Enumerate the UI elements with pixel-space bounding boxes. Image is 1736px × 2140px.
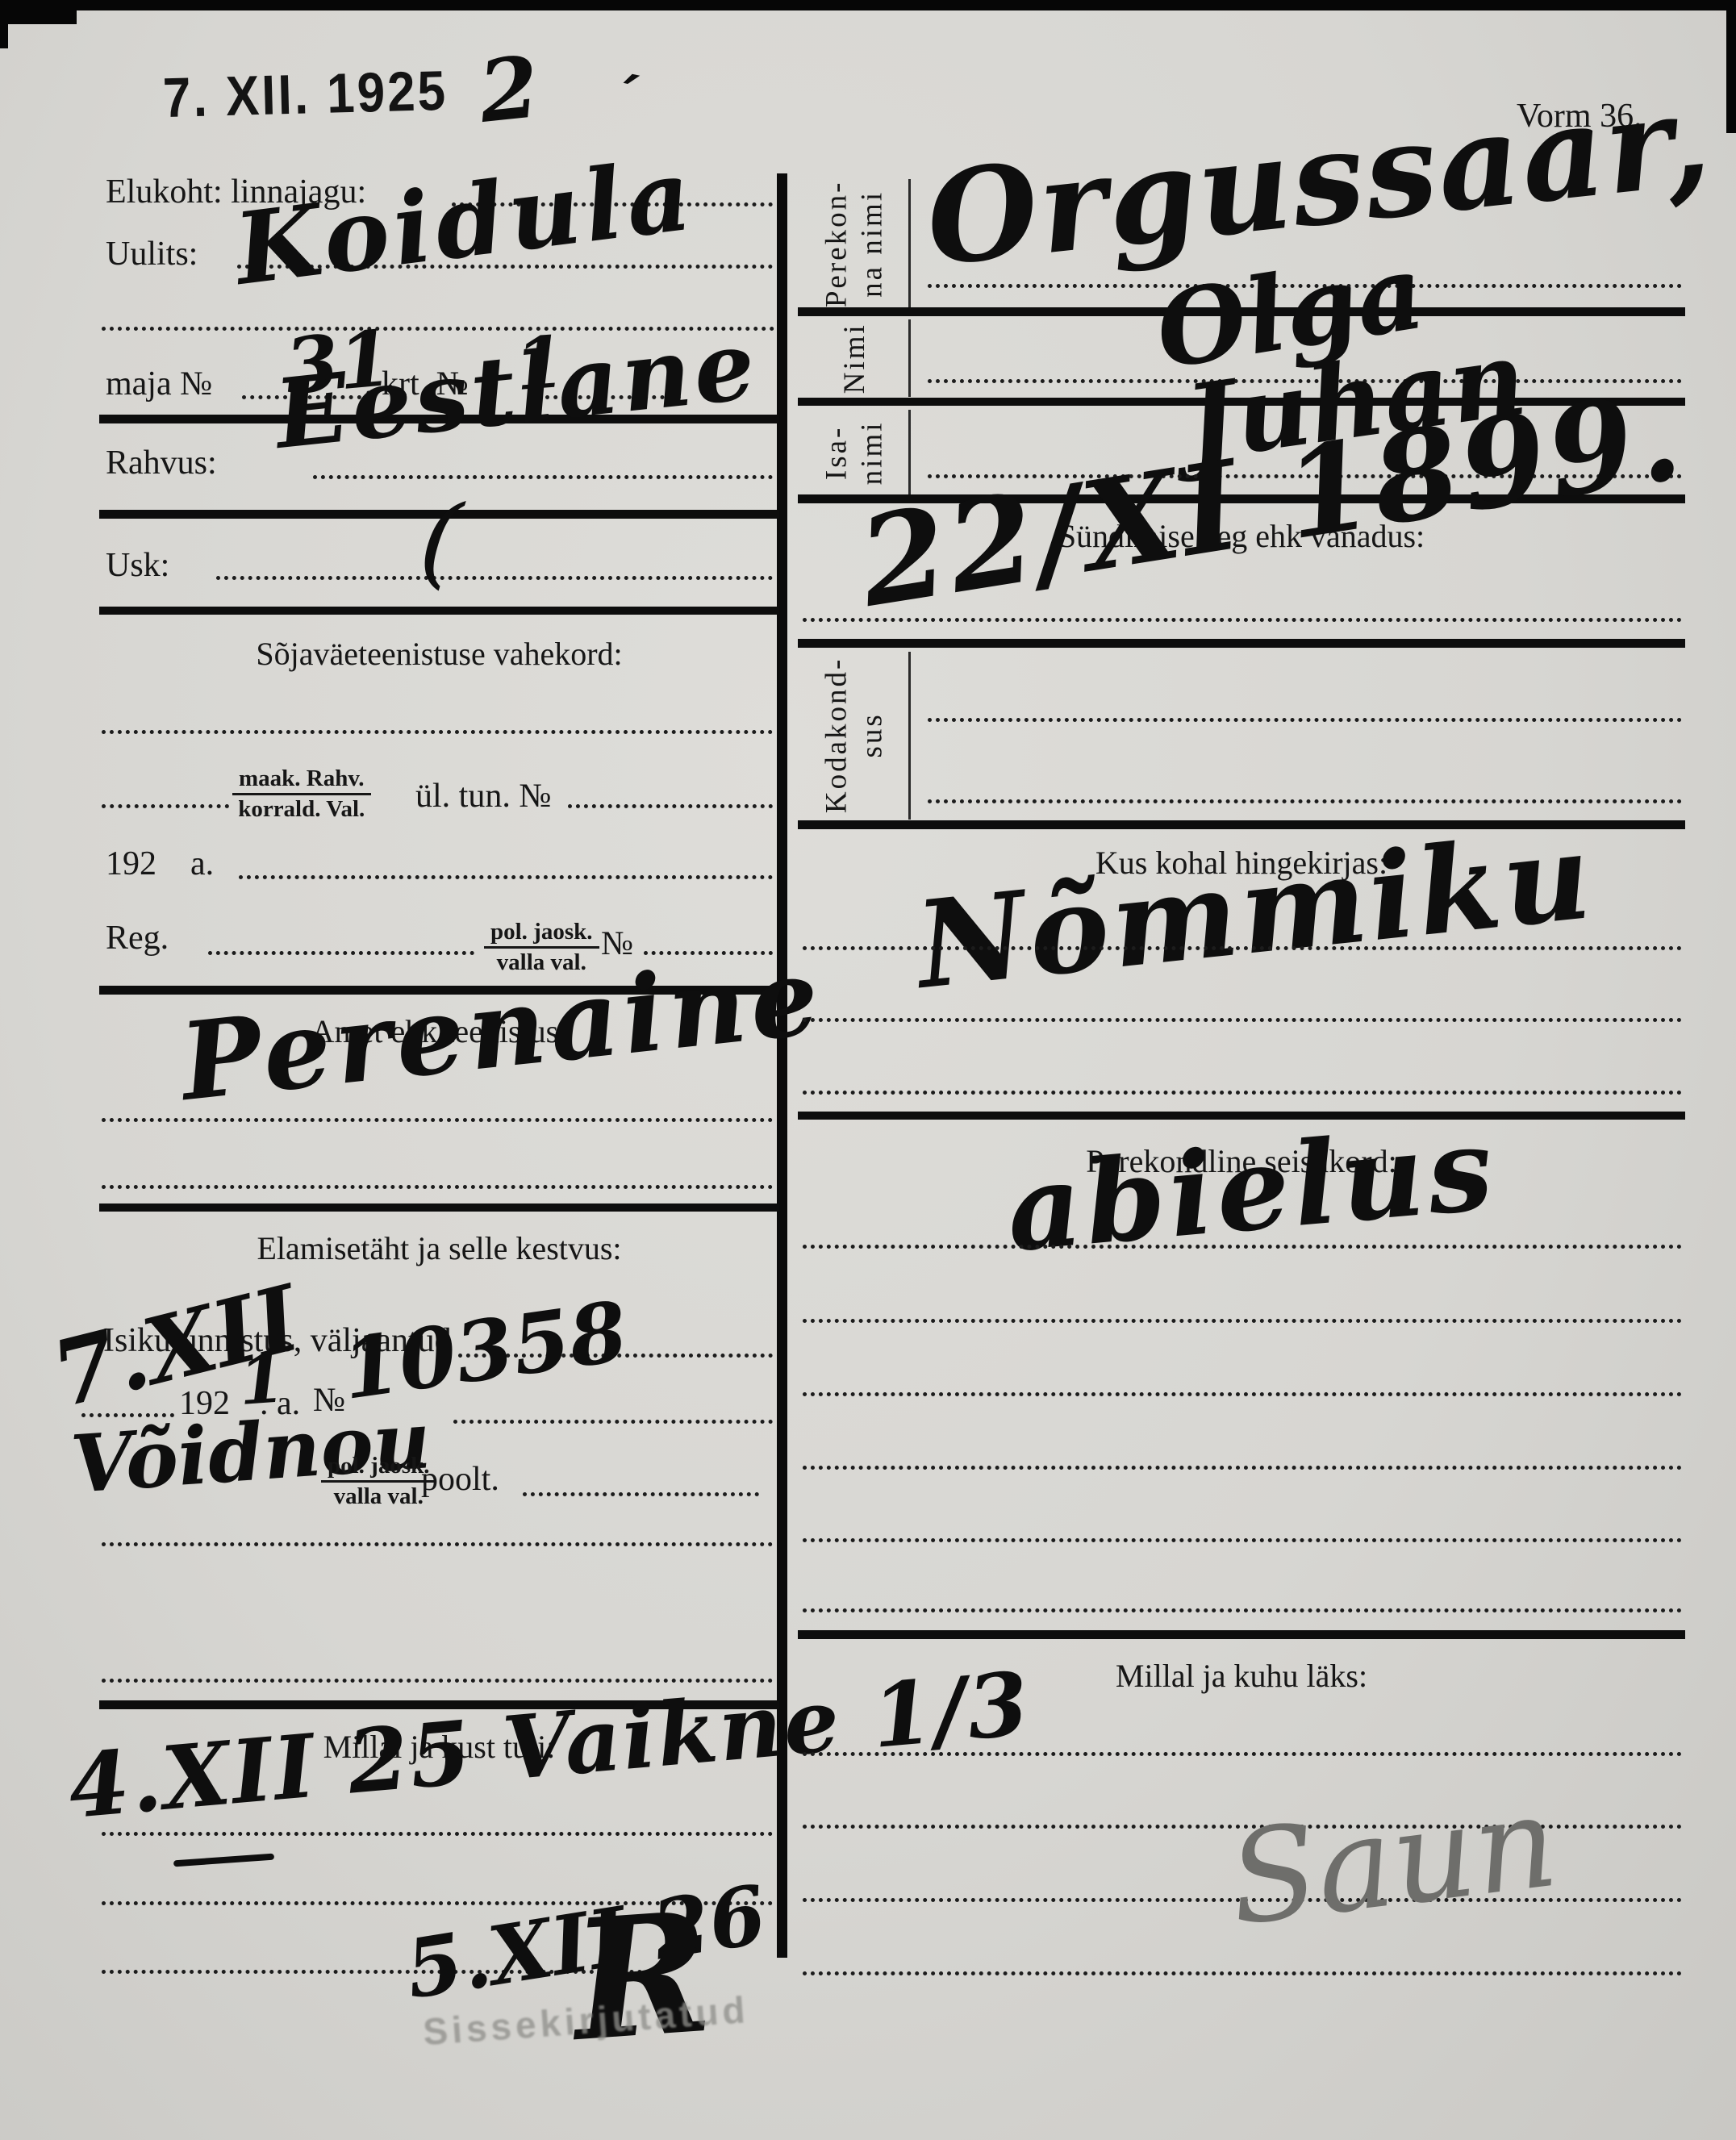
blank-line-1 xyxy=(102,1542,773,1546)
poolt-label: poolt. xyxy=(421,1460,499,1499)
ul-tun-label: ül. tun. № xyxy=(415,777,551,816)
hingekirjas-line-2 xyxy=(803,1018,1682,1022)
nimi-cell-rule xyxy=(908,319,911,397)
laks-line-4 xyxy=(803,1971,1682,1975)
seisukord-line-6 xyxy=(803,1608,1682,1612)
ink-stroke xyxy=(173,1854,274,1867)
maak-line-right xyxy=(568,804,773,808)
sojavae-line xyxy=(102,730,773,734)
scan-edge-left xyxy=(0,0,8,48)
poolt-fraction-top: pol. jaosk. xyxy=(321,1452,436,1483)
rule-5 xyxy=(99,1203,779,1212)
kodakondsus-label-box: Kodakond- sus xyxy=(799,649,912,820)
laks-heading: Millal ja kuhu läks: xyxy=(798,1657,1685,1695)
rrule-4 xyxy=(798,639,1685,648)
kodakondsus-cell-rule xyxy=(908,652,911,820)
seisukord-line-2 xyxy=(803,1319,1682,1323)
poolt-fraction: pol. jaosk. valla val. xyxy=(321,1452,436,1511)
kodakondsus-label-line2: sus xyxy=(855,657,891,812)
pol-fraction-top: pol. jaosk. xyxy=(484,918,599,949)
isanimi-label: Isa- nimi xyxy=(820,420,891,485)
perekonnanimi-cell-rule xyxy=(908,179,911,308)
isanimi-label-line2: nimi xyxy=(855,420,891,485)
seisukord-line-3 xyxy=(803,1392,1682,1396)
maak-fraction-bottom: korrald. Val. xyxy=(232,795,371,824)
rahvus-line xyxy=(313,475,773,479)
scan-edge-top-right xyxy=(1726,0,1736,133)
elamisetaht-heading: Elamisetäht ja selle kestvus: xyxy=(99,1229,779,1267)
isanimi-label-line1: Isa- xyxy=(820,420,855,485)
blank-line-2 xyxy=(102,1679,773,1683)
isanimi-label-box: Isa- nimi xyxy=(799,408,912,497)
scan-edge-top xyxy=(0,0,1736,10)
sundimise-line xyxy=(803,618,1682,622)
kodakondsus-label-line1: Kodakond- xyxy=(820,657,855,812)
isiku-no-line xyxy=(453,1420,773,1424)
sojavae-heading: Sõjaväeteenistuse vahekord: xyxy=(99,635,779,673)
reg-line-left xyxy=(208,951,474,955)
reg-label: Reg. xyxy=(106,919,169,957)
laks-line-1 xyxy=(803,1752,1682,1756)
poolt-fraction-bottom: valla val. xyxy=(321,1483,436,1511)
rrule-7 xyxy=(798,1630,1685,1639)
hingekirjas-line-3 xyxy=(803,1091,1682,1095)
year-row-line xyxy=(239,875,773,879)
rule-3 xyxy=(99,607,779,615)
hingekirjas-line-1 xyxy=(803,946,1682,950)
nimi-label: Nimi xyxy=(837,323,873,394)
kodakondsus-label: Kodakond- sus xyxy=(820,657,891,812)
amet-handwritten-value: Perenaine xyxy=(176,943,828,1116)
maak-fraction: maak. Rahv. korrald. Val. xyxy=(232,765,371,824)
pencil-signature: Saun xyxy=(1223,1778,1563,1944)
handwritten-stamp-number: 2 xyxy=(475,44,543,135)
seisukord-line-4 xyxy=(803,1466,1682,1470)
maak-fraction-top: maak. Rahv. xyxy=(232,765,371,795)
scanned-registration-card: { "header": { "stamp_date": "7. XII. 192… xyxy=(0,0,1736,2140)
rrule-6 xyxy=(798,1112,1685,1120)
poolt-line xyxy=(523,1492,759,1496)
uulits-label: Uulits: xyxy=(106,235,198,273)
seisukord-line-5 xyxy=(803,1538,1682,1542)
kodakondsus-line-2 xyxy=(928,799,1682,803)
perekonnanimi-label-line1: Perekon- xyxy=(820,180,855,307)
scan-edge-top-left xyxy=(0,0,77,24)
perekonnanimi-label-line2: na nimi xyxy=(855,180,891,307)
year-row-label: 192 a. xyxy=(106,845,214,883)
perekonnanimi-label-box: Perekon- na nimi xyxy=(799,176,912,311)
usk-line xyxy=(216,576,773,580)
nimi-label-line1: Nimi xyxy=(837,323,873,394)
perekonnanimi-label: Perekon- na nimi xyxy=(820,180,891,307)
amet-line-2 xyxy=(102,1185,773,1189)
isiku-no-handwritten: 10358 xyxy=(337,1291,632,1412)
usk-label: Usk: xyxy=(106,546,169,585)
maja-label: maja № xyxy=(106,365,212,403)
uulits-handwritten-value: Koidula xyxy=(230,144,700,298)
seisukord-line-1 xyxy=(803,1245,1682,1249)
date-stamp: 7. XII. 1925 xyxy=(162,59,449,131)
maak-line-left xyxy=(102,804,229,808)
rahvus-label: Rahvus: xyxy=(106,444,217,482)
kodakondsus-line-1 xyxy=(928,718,1682,722)
tuli-line-1 xyxy=(102,1832,773,1836)
ink-tick-mark: ′ xyxy=(615,66,642,126)
amet-line-1 xyxy=(102,1118,773,1122)
nimi-label-box: Nimi xyxy=(799,318,912,398)
